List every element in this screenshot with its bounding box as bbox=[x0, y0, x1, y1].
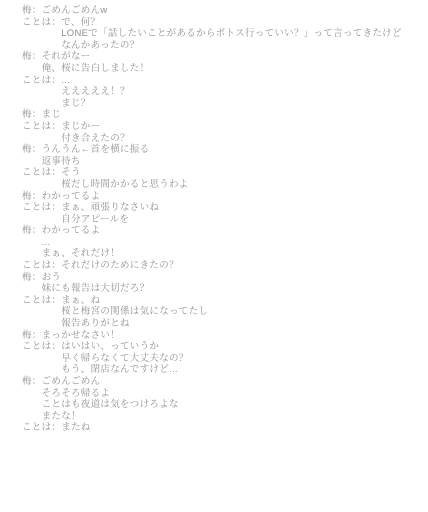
dialogue-line: ことは：報告ありがとね bbox=[22, 318, 420, 330]
dialogue-line: 梅：そろそろ帰るよ bbox=[22, 388, 420, 400]
dialogue-text: 妹にも報告は大切だろ？ bbox=[42, 283, 150, 294]
dialogue-text: おう bbox=[42, 272, 62, 283]
dialogue-line: 梅：それがなー bbox=[22, 51, 420, 63]
dialogue-line: ことは：LONEで「話したいことがあるからボトス行っていい？」って言ってきたけど bbox=[22, 28, 420, 40]
dialogue-line: 梅：わかってるよ bbox=[22, 225, 420, 237]
dialogue-text: それがなー bbox=[42, 51, 91, 62]
dialogue-text: うんうん←首を横に振る bbox=[42, 144, 150, 155]
speaker-label: 梅： bbox=[22, 191, 42, 202]
dialogue-text: ... bbox=[42, 237, 51, 248]
dialogue-text: ... bbox=[61, 75, 70, 86]
dialogue-line: 梅：まじ bbox=[22, 109, 420, 121]
dialogue-text: まっかせなさい！ bbox=[42, 330, 120, 341]
dialogue-page: 梅：ごめんごめんwことは：で、何？ことは：LONEで「話したいことがあるからボト… bbox=[0, 0, 428, 434]
dialogue-text: えええええ！？ bbox=[61, 86, 130, 97]
dialogue-line: ことは：で、何？ bbox=[22, 17, 420, 29]
speaker-label: ことは： bbox=[22, 75, 61, 86]
dialogue-line: ことは：なんかあったの？ bbox=[22, 40, 420, 52]
dialogue-line: ことは：それだけのためにきたの？ bbox=[22, 260, 420, 272]
dialogue-line: 梅：またな！ bbox=[22, 411, 420, 423]
dialogue-line: ことは：まじ？ bbox=[22, 98, 420, 110]
dialogue-text: なんかあったの？ bbox=[61, 40, 139, 51]
dialogue-text: わかってるよ bbox=[42, 191, 101, 202]
dialogue-text: またな！ bbox=[42, 411, 81, 422]
speaker-label: 梅： bbox=[22, 225, 42, 236]
dialogue-line: ことは：... bbox=[22, 75, 420, 87]
dialogue-text: まじかー bbox=[61, 121, 100, 132]
dialogue-line: ことは：はいはい、っていうか bbox=[22, 341, 420, 353]
dialogue-text: まぁ、それだけ！ bbox=[42, 248, 120, 259]
dialogue-text: LONEで「話したいことがあるからボトス行っていい？」って言ってきたけど bbox=[61, 28, 402, 39]
speaker-label: ことは： bbox=[22, 295, 61, 306]
speaker-label: 梅： bbox=[22, 376, 42, 387]
dialogue-line: ことは：まぁ、頑張りなさいね bbox=[22, 202, 420, 214]
dialogue-text: 自分アピールを bbox=[61, 214, 129, 225]
dialogue-line: ことは：早く帰らなくて大丈夫なの？ bbox=[22, 353, 420, 365]
dialogue-text: まじ bbox=[42, 109, 62, 120]
dialogue-line: ことは：自分アピールを bbox=[22, 214, 420, 226]
dialogue-line: 梅：... bbox=[22, 237, 420, 249]
dialogue-line: ことは：桜だし時間かかると思うわよ bbox=[22, 179, 420, 191]
dialogue-text: それだけのためにきたの？ bbox=[61, 260, 179, 271]
dialogue-text: はいはい、っていうか bbox=[61, 341, 159, 352]
speaker-label: ことは： bbox=[22, 121, 61, 132]
dialogue-text: もう、閉店なんですけど... bbox=[61, 364, 178, 375]
dialogue-line: 梅：ことはも夜道は気をつけろよな bbox=[22, 399, 420, 411]
dialogue-line: 梅：まぁ、それだけ！ bbox=[22, 248, 420, 260]
dialogue-text: 早く帰らなくて大丈夫なの？ bbox=[61, 353, 188, 364]
dialogue-line: 梅：まっかせなさい！ bbox=[22, 330, 420, 342]
dialogue-line: ことは：またね bbox=[22, 422, 420, 434]
dialogue-line: ことは：えええええ！？ bbox=[22, 86, 420, 98]
dialogue-line: 梅：ごめんごめん bbox=[22, 376, 420, 388]
dialogue-text: わかってるよ bbox=[42, 225, 101, 236]
dialogue-line: 梅：ごめんごめんw bbox=[22, 5, 420, 17]
dialogue-line: 梅：うんうん←首を横に振る bbox=[22, 144, 420, 156]
dialogue-line: 梅：わかってるよ bbox=[22, 191, 420, 203]
speaker-label: ことは： bbox=[22, 341, 61, 352]
speaker-label: 梅： bbox=[22, 51, 42, 62]
speaker-label: 梅： bbox=[22, 5, 42, 16]
speaker-label: ことは： bbox=[22, 167, 61, 178]
speaker-label: ことは： bbox=[22, 202, 61, 213]
dialogue-text: まぁ、頑張りなさいね bbox=[61, 202, 159, 213]
speaker-label: ことは： bbox=[22, 260, 61, 271]
dialogue-text: で、何？ bbox=[61, 17, 100, 28]
dialogue-text: 報告ありがとね bbox=[61, 318, 130, 329]
speaker-label: ことは： bbox=[22, 422, 61, 433]
dialogue-text: ごめんごめん bbox=[42, 376, 101, 387]
speaker-label: 梅： bbox=[22, 272, 42, 283]
speaker-label: 梅： bbox=[22, 109, 42, 120]
dialogue-text: ことはも夜道は気をつけろよな bbox=[42, 399, 179, 410]
dialogue-text: 返事待ち bbox=[42, 156, 81, 167]
dialogue-text: まじ？ bbox=[61, 98, 90, 109]
dialogue-text: ごめんごめんw bbox=[42, 5, 108, 16]
dialogue-line: ことは：桜と梅宮の関係は気になってたし bbox=[22, 306, 420, 318]
dialogue-text: 俺、桜に告白しました！ bbox=[42, 63, 150, 74]
dialogue-line: 梅：おう bbox=[22, 272, 420, 284]
dialogue-text: そう bbox=[61, 167, 81, 178]
dialogue-line: ことは：まぁ、ね bbox=[22, 295, 420, 307]
speaker-label: 梅： bbox=[22, 330, 42, 341]
dialogue-text: 付き合えたの？ bbox=[61, 133, 130, 144]
dialogue-line: 梅：俺、桜に告白しました！ bbox=[22, 63, 420, 75]
dialogue-line: ことは：そう bbox=[22, 167, 420, 179]
dialogue-text: まぁ、ね bbox=[61, 295, 100, 306]
speaker-label: ことは： bbox=[22, 17, 61, 28]
dialogue-line: 梅：返事待ち bbox=[22, 156, 420, 168]
dialogue-text: 桜だし時間かかると思うわよ bbox=[61, 179, 188, 190]
dialogue-text: そろそろ帰るよ bbox=[42, 388, 111, 399]
speaker-label: 梅： bbox=[22, 144, 42, 155]
dialogue-text: 桜と梅宮の関係は気になってたし bbox=[61, 306, 208, 317]
dialogue-line: 梅：妹にも報告は大切だろ？ bbox=[22, 283, 420, 295]
dialogue-line: ことは：付き合えたの？ bbox=[22, 133, 420, 145]
dialogue-line: ことは：まじかー bbox=[22, 121, 420, 133]
dialogue-line: ことは：もう、閉店なんですけど... bbox=[22, 364, 420, 376]
dialogue-text: またね bbox=[61, 422, 90, 433]
